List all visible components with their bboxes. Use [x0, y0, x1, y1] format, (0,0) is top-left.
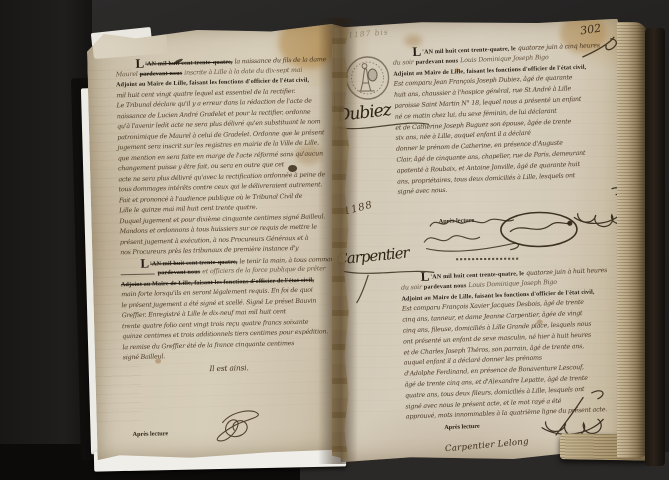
- signature-carpentier-lelong: Carpentier Lelong: [445, 437, 530, 454]
- handwritten-text: inscrite à Lille à la date du dix-sept m…: [184, 66, 302, 76]
- left-page: L'AN mil huit cent trente-quatre, la nai…: [86, 24, 343, 460]
- archive-scan: L'AN mil huit cent trente-quatre, la nai…: [0, 0, 669, 480]
- handwritten-text: du soir: [393, 59, 414, 67]
- handwritten-paragraph: Est comparu Jean François Joseph Dubiez,…: [394, 72, 626, 199]
- handwritten-paragraph: Est comparu François Xavier Jacques Desb…: [402, 297, 634, 424]
- blank-rule: [121, 268, 155, 275]
- binding-stub: [332, 24, 349, 460]
- handwritten-text: et officiers de la force publique de prê…: [202, 265, 325, 275]
- printed-form-text: pardevant nous: [416, 58, 459, 66]
- act: L'AN mil huit cent trente-quatre, la nai…: [115, 54, 332, 259]
- apres-lecture-label: Après lecture: [133, 430, 169, 438]
- handwritten-text: Louis Dominique Joseph Bigo: [468, 279, 557, 289]
- printed-form-text: pardevant nous: [158, 269, 201, 276]
- handwritten-text: du soir: [401, 284, 422, 292]
- printed-form-text: pardevant nous: [424, 283, 467, 291]
- handwritten-text: Louis Dominique Joseph Bigo: [460, 54, 549, 64]
- right-page-text: L'AN mil huit cent trente-quatre, le qua…: [392, 39, 620, 47]
- printed-form-text: pardevant nous: [140, 70, 183, 77]
- act: L'AN mil huit cent trente-quatre, le qua…: [401, 264, 634, 423]
- book-cover-right-edge: [645, 28, 665, 466]
- book-fore-edge: [617, 22, 648, 458]
- right-page: 1187 bis 302 Dubiez L'AN mil huit cent t…: [334, 19, 630, 463]
- act: L'AN mil huit cent trente-quatre, le qua…: [392, 39, 625, 198]
- handwritten-text: Maurel: [116, 70, 138, 78]
- margin-note: 1187 bis: [348, 27, 389, 39]
- act: L'AN mil huit cent trente-quatre, le ten…: [120, 254, 335, 375]
- apres-lecture-label: Après lecture: [439, 217, 475, 225]
- apres-lecture-label: Après lecture: [444, 423, 480, 431]
- left-page-text: L'AN mil huit cent trente-quatre, la nai…: [115, 54, 335, 375]
- handwritten-paragraph: mil huit cent vingt quatre lequel est es…: [116, 86, 332, 259]
- handwritten-paragraph: main forte lorsqu'ils en seront légaleme…: [121, 285, 335, 364]
